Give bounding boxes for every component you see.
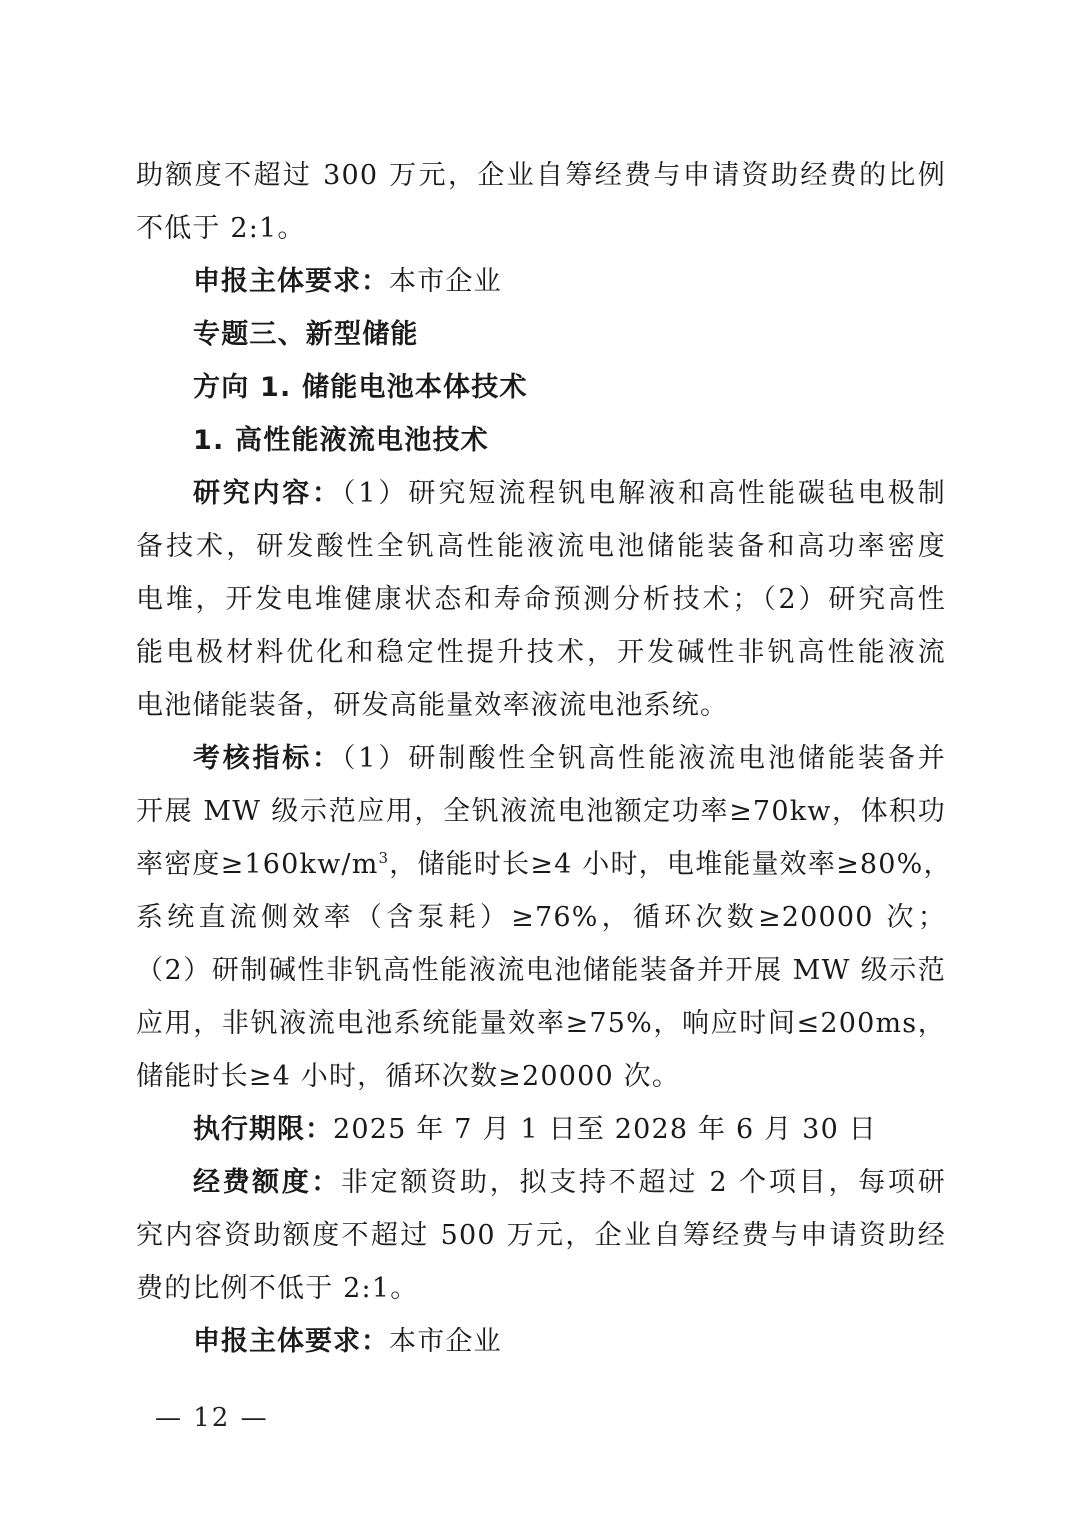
document-page: 助额度不超过 300 万元，企业自筹经费与申请资助经费的比例 不低于 2:1。 … bbox=[0, 0, 1080, 1527]
body-line: 开展 MW 级示范应用，全钒液流电池额定功率≥70kw，体积功 bbox=[136, 794, 946, 830]
assessment-indicators: 考核指标：（1）研制酸性全钒高性能液流电池储能装备并 bbox=[193, 741, 946, 777]
body-line: 费的比例不低于 2:1。 bbox=[136, 1271, 946, 1307]
field-label: 研究内容： bbox=[193, 478, 342, 509]
topic-heading: 专题三、新型储能 bbox=[193, 317, 946, 353]
field-label: 考核指标： bbox=[193, 743, 342, 774]
field-value: 本市企业 bbox=[389, 266, 502, 297]
funding-amount: 经费额度：非定额资助，拟支持不超过 2 个项目，每项研 bbox=[193, 1165, 946, 1201]
item-heading: 1. 高性能液流电池技术 bbox=[193, 423, 946, 459]
body-line: 储能时长≥4 小时，循环次数≥20000 次。 bbox=[136, 1059, 946, 1095]
body-line: 电堆，开发电堆健康状态和寿命预测分析技术；（2）研究高性 bbox=[136, 582, 946, 618]
body-line: 能电极材料优化和稳定性提升技术，开发碱性非钒高性能液流 bbox=[136, 635, 946, 671]
text-segment: 率密度≥160kw/m bbox=[136, 849, 379, 880]
research-content: 研究内容：（1）研究短流程钒电解液和高性能碳毡电极制 bbox=[193, 476, 946, 512]
execution-period: 执行期限：2025 年 7 月 1 日至 2028 年 6 月 30 日 bbox=[193, 1112, 946, 1148]
body-line: 电池储能装备，研发高能量效率液流电池系统。 bbox=[136, 688, 946, 724]
field-value: （1）研究短流程钒电解液和高性能碳毡电极制 bbox=[342, 478, 946, 509]
body-line: 助额度不超过 300 万元，企业自筹经费与申请资助经费的比例 bbox=[136, 158, 946, 194]
page-number: — 12 — bbox=[155, 1402, 269, 1434]
body-line: 备技术，研发酸性全钒高性能液流电池储能装备和高功率密度 bbox=[136, 529, 946, 565]
text-segment: ，储能时长≥4 小时，电堆能量效率≥80%， bbox=[389, 849, 951, 880]
body-line: 率密度≥160kw/m3，储能时长≥4 小时，电堆能量效率≥80%， bbox=[136, 847, 946, 883]
applicant-requirement: 申报主体要求：本市企业 bbox=[193, 264, 946, 300]
direction-heading: 方向 1. 储能电池本体技术 bbox=[193, 370, 946, 406]
field-value: 本市企业 bbox=[389, 1326, 502, 1357]
field-label: 执行期限： bbox=[193, 1114, 333, 1145]
field-value: 2025 年 7 月 1 日至 2028 年 6 月 30 日 bbox=[333, 1114, 877, 1145]
body-line: 应用，非钒液流电池系统能量效率≥75%，响应时间≤200ms， bbox=[136, 1006, 946, 1042]
field-label: 申报主体要求： bbox=[193, 1326, 389, 1357]
superscript: 3 bbox=[379, 849, 390, 867]
applicant-requirement: 申报主体要求：本市企业 bbox=[193, 1324, 946, 1360]
field-value: 非定额资助，拟支持不超过 2 个项目，每项研 bbox=[341, 1167, 946, 1198]
body-line: 究内容资助额度不超过 500 万元，企业自筹经费与申请资助经 bbox=[136, 1218, 946, 1254]
field-label: 申报主体要求： bbox=[193, 266, 389, 297]
field-value: （1）研制酸性全钒高性能液流电池储能装备并 bbox=[342, 743, 946, 774]
body-line: 不低于 2:1。 bbox=[136, 211, 946, 247]
body-line: 系统直流侧效率（含泵耗）≥76%，循环次数≥20000 次； bbox=[136, 900, 946, 936]
field-label: 经费额度： bbox=[193, 1167, 341, 1198]
body-line: （2）研制碱性非钒高性能液流电池储能装备并开展 MW 级示范 bbox=[136, 953, 946, 989]
